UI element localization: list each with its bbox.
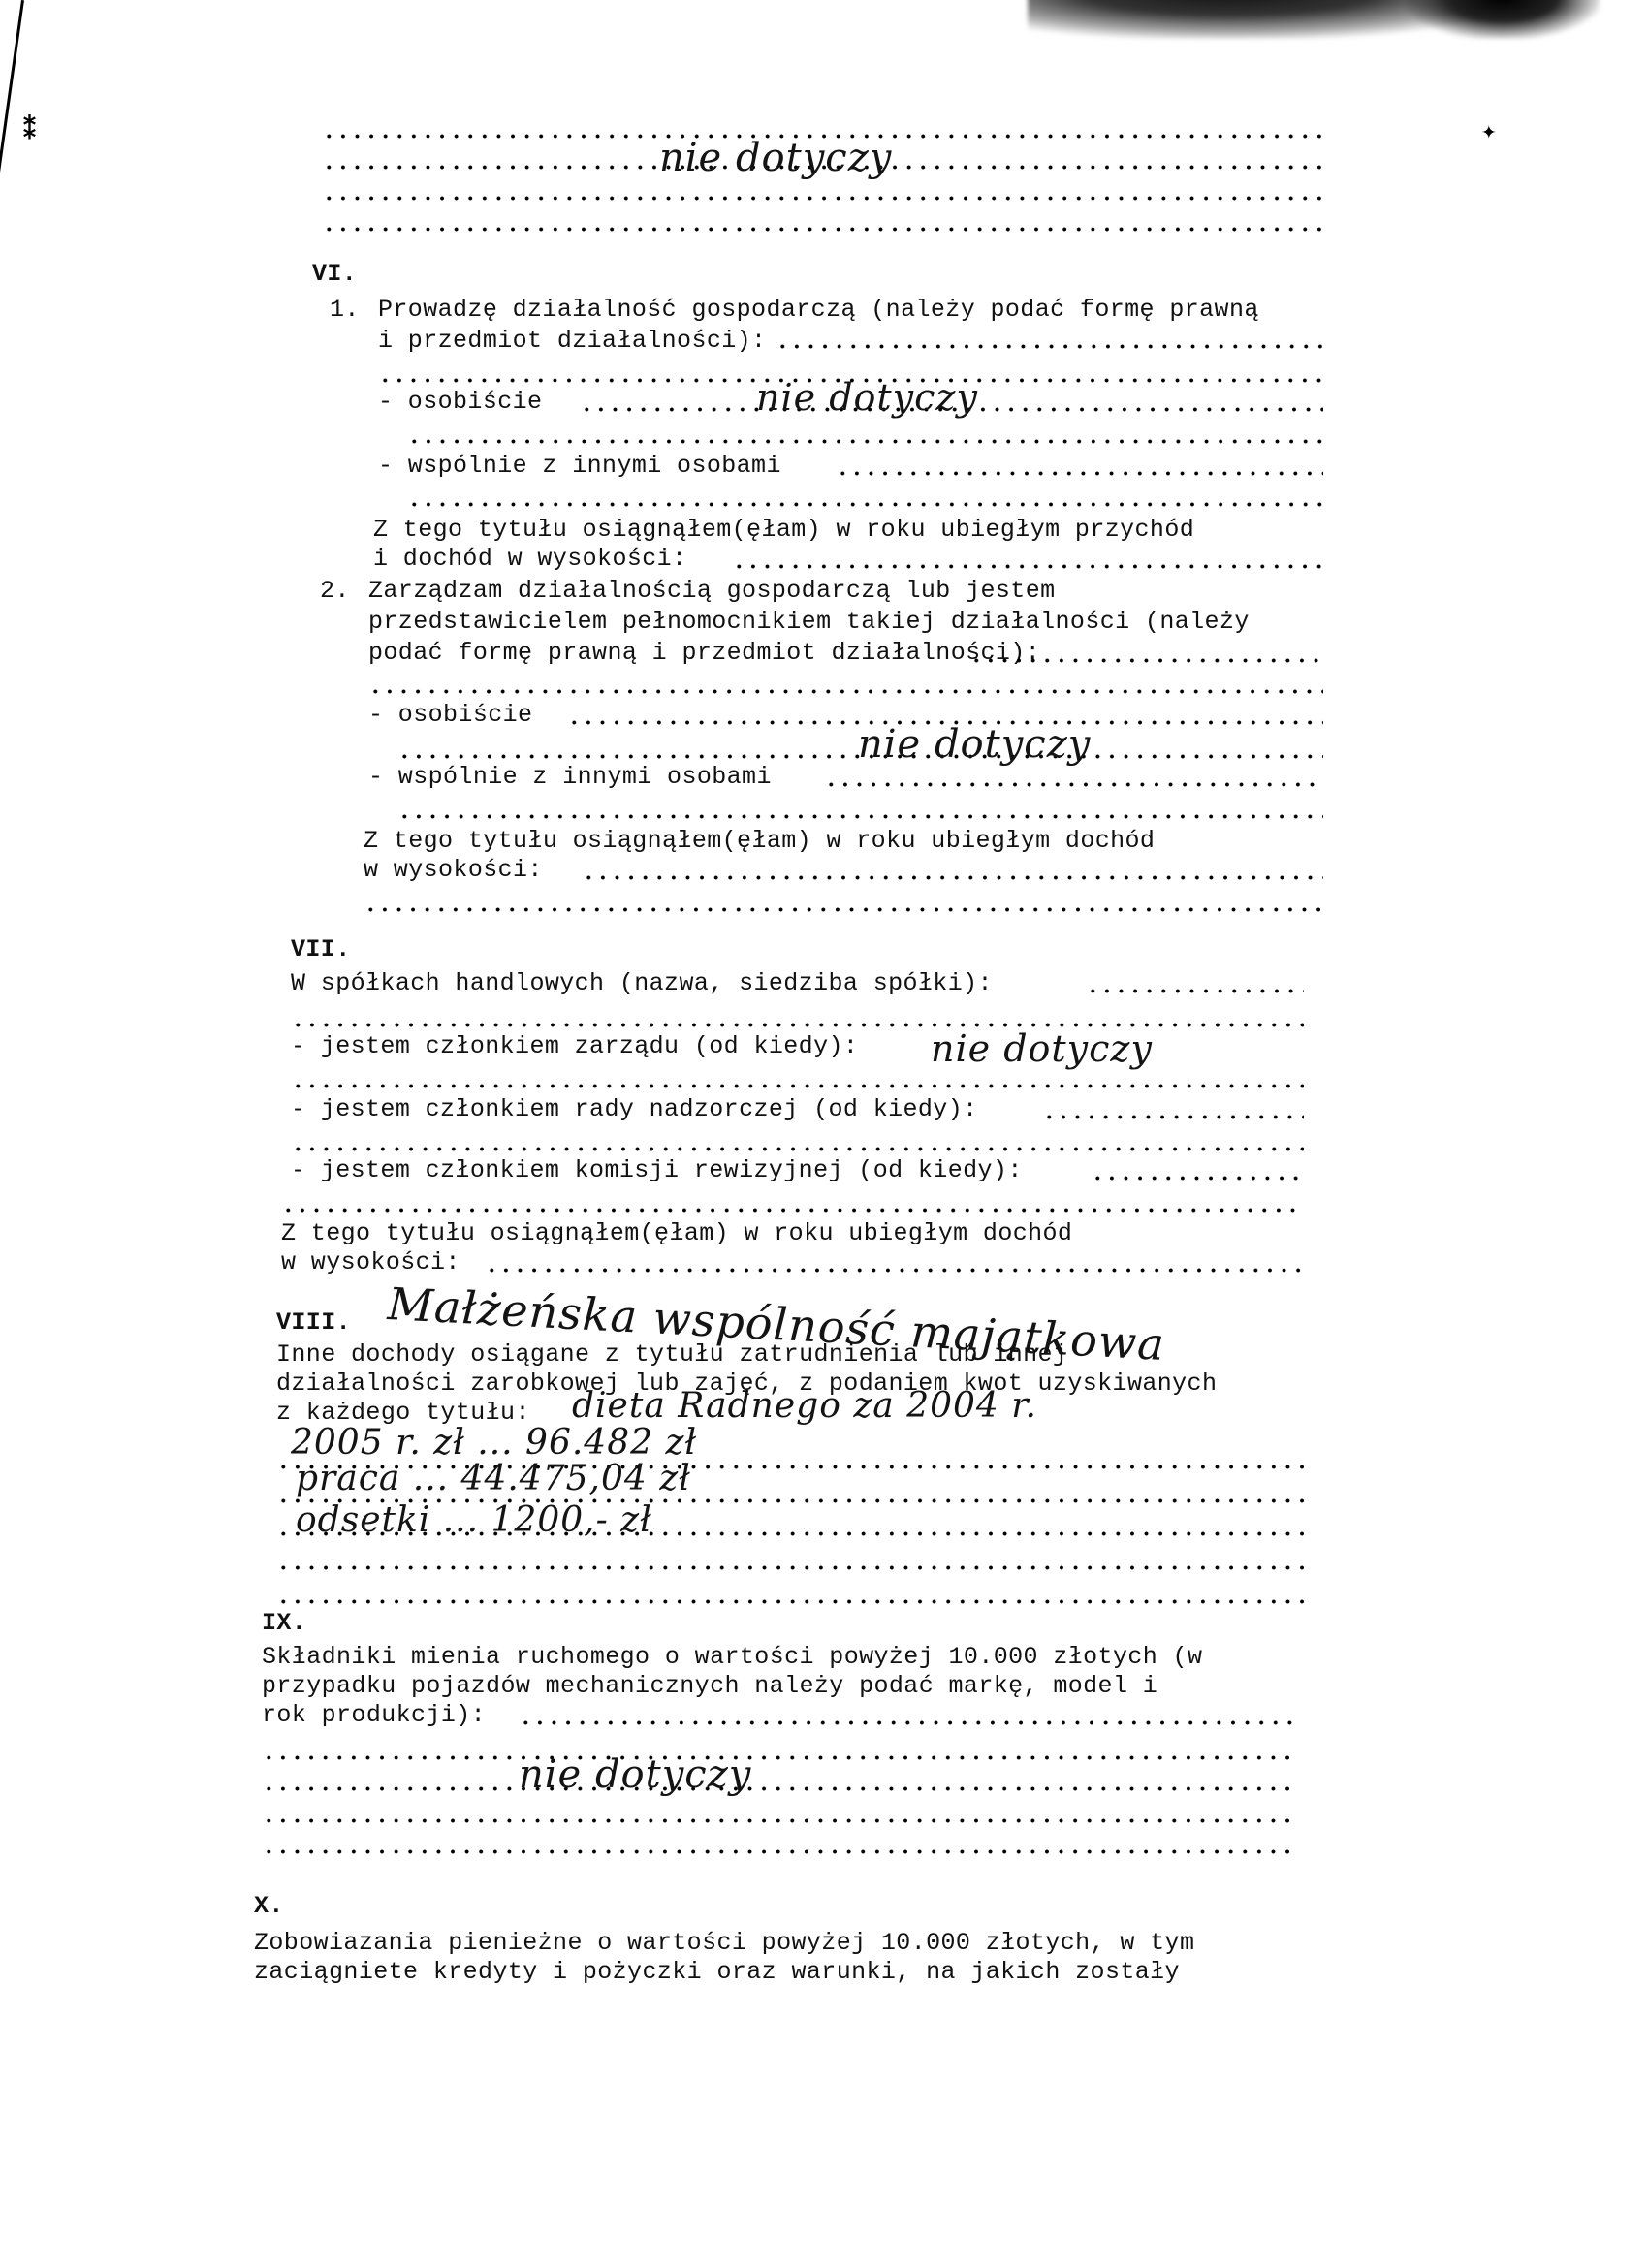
dotted-line — [291, 1066, 1304, 1095]
dotted-line — [776, 327, 1323, 356]
dotted-line — [485, 1250, 1304, 1279]
form-text: Z tego tytułu osiągnąłem(ęłam) w roku ub… — [364, 827, 1155, 856]
form-text: i przedmiot działalności): — [378, 327, 766, 356]
dotted-line — [824, 765, 1323, 794]
handwritten-entry: 2005 r. zł ... 96.482 zł — [291, 1423, 697, 1463]
dotted-line — [262, 1832, 1294, 1861]
dotted-line — [519, 1703, 1294, 1732]
form-text: Z tego tytułu osiągnąłem(ęłam) w roku ub… — [281, 1219, 1072, 1248]
form-text: Inne dochody osiągane z tytułu zatrudnie… — [276, 1340, 1067, 1370]
form-text: w wysokości: — [281, 1248, 460, 1277]
item-number: 1. — [330, 296, 360, 325]
section-label: VII. — [291, 935, 351, 964]
dotted-line — [322, 178, 1330, 207]
dotted-line — [397, 797, 1323, 826]
field-label: - jestem członkiem zarządu (od kiedy): — [291, 1032, 858, 1061]
form-text: Zobowiazania pienieżne o wartości powyże… — [254, 1929, 1194, 1958]
item-number: 2. — [320, 577, 350, 606]
form-text: Z tego tytułu osiągnąłem(ęłam) w roku ub… — [373, 516, 1194, 545]
field-label: - osobiście — [378, 388, 542, 417]
dotted-line — [1042, 1097, 1304, 1126]
field-label: - jestem członkiem komisji rewizyjnej (o… — [291, 1156, 1023, 1185]
form-text: Składniki mienia ruchomego o wartości po… — [262, 1643, 1202, 1672]
form-text: przedstawicielem pełnomocnikiem takiej d… — [368, 608, 1250, 637]
handwritten-entry: nie dotyczy — [931, 1027, 1153, 1070]
scan-mark: ✦ — [1481, 116, 1497, 146]
handwritten-entry: odsetki ... 1200,- zł — [296, 1500, 652, 1540]
form-text: i dochód w wysokości: — [373, 545, 686, 574]
scan-edge-line — [0, 0, 24, 192]
scanned-page: ⁑ ✦ nie dotyczy VI. 1. Prowadzę działaln… — [0, 0, 1648, 2268]
form-text: Prowadzę działalność gospodarczą (należy… — [378, 296, 1259, 325]
handwritten-entry: nie dotyczy — [858, 722, 1091, 767]
form-text: zaciągniete kredyty i pożyczki oraz waru… — [254, 1958, 1180, 1987]
dotted-line — [276, 1582, 1304, 1611]
form-text: W spółkach handlowych (nazwa, siedziba s… — [291, 969, 993, 998]
dotted-line — [732, 547, 1323, 576]
dotted-line — [281, 1190, 1304, 1219]
handwritten-entry: praca ... 44.475,04 zł — [296, 1459, 691, 1498]
section-label: X. — [254, 1892, 284, 1921]
dotted-line — [364, 890, 1323, 919]
dotted-line — [262, 1738, 1294, 1767]
section-label: VIII. — [276, 1308, 351, 1338]
dotted-line — [582, 858, 1323, 887]
field-label: - wspólnie z innymi osobami — [378, 452, 781, 481]
dotted-line — [368, 672, 1323, 701]
dotted-line — [322, 209, 1330, 238]
dotted-line — [407, 422, 1323, 451]
field-label: - wspólnie z innymi osobami — [368, 763, 772, 792]
scan-mark: ⁑ — [23, 116, 36, 146]
form-text: Zarządzam działalnością gospodarczą lub … — [368, 577, 1056, 606]
dotted-line — [1091, 1158, 1304, 1187]
dotted-line — [262, 1801, 1294, 1830]
dotted-line — [1086, 971, 1304, 1000]
section-label: IX. — [262, 1609, 306, 1638]
handwritten-entry: nie dotyczy — [519, 1752, 751, 1797]
form-text: w wysokości: — [364, 856, 543, 885]
form-text: rok produkcji): — [262, 1701, 486, 1730]
section-label: VI. — [312, 260, 357, 289]
dotted-line — [262, 1769, 1294, 1798]
form-text: przypadku pojazdów mechanicznych należy … — [262, 1672, 1157, 1701]
dotted-line — [836, 454, 1323, 483]
handwritten-entry: dieta Radnego za 2004 r. — [572, 1386, 1037, 1426]
dotted-line — [407, 485, 1323, 514]
dotted-line — [969, 641, 1323, 670]
field-label: - osobiście — [368, 701, 532, 730]
dotted-line — [291, 1129, 1304, 1158]
handwritten-entry: nie dotyczy — [756, 376, 978, 419]
dotted-line — [276, 1548, 1304, 1577]
form-text: podać formę prawną i przedmiot działalno… — [368, 639, 1040, 668]
handwritten-entry: nie dotyczy — [659, 136, 892, 180]
scan-smudge — [1406, 0, 1600, 39]
field-label: - jestem członkiem rady nadzorczej (od k… — [291, 1095, 978, 1124]
